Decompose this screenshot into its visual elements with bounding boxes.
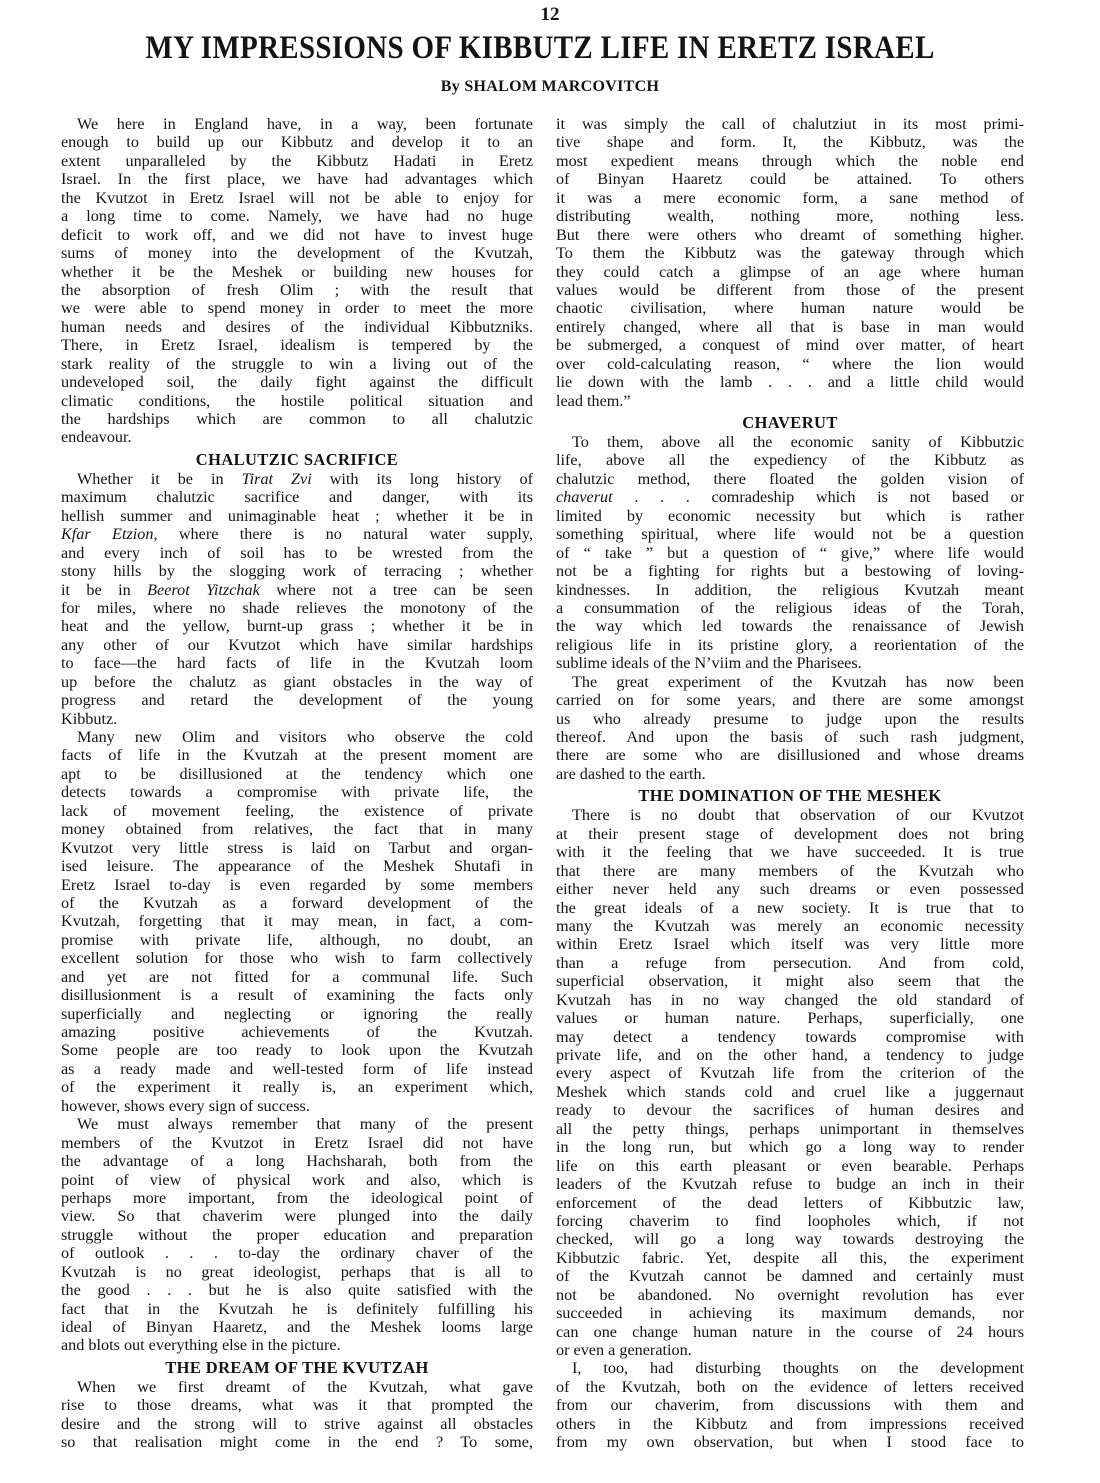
text-line: I, too, had disturbing thoughts on the d… (556, 1359, 1024, 1377)
text-line: over cold-calculating reason, “ where th… (556, 355, 1024, 373)
text-line: up before the chalutz as giant obstacles… (61, 673, 533, 691)
text-line: carried on for some years, and there are… (556, 691, 1024, 709)
section-heading-domination-of-the-meshek: THE DOMINATION OF THE MESHEK (556, 786, 1024, 806)
paragraph: We must always remember that many of the… (61, 1115, 533, 1355)
text-line: and every inch of soil has to be wrested… (61, 544, 533, 562)
text-line: not be abandoned. No overnight revolutio… (556, 1286, 1024, 1304)
text-line: can one change human nature in the cours… (556, 1323, 1024, 1341)
text-line: it was a mere economic form, a sane meth… (556, 189, 1024, 207)
text-line: enough to build up our Kibbutz and devel… (61, 133, 533, 151)
text-line: chaverut . . . comradeship which is not … (556, 488, 1024, 506)
text-fragment: where not a tree can be seen (260, 581, 533, 599)
text-line: that there are many members of the Kvutz… (556, 862, 1024, 880)
paragraph: Whether it be in Tirat Zvi with its long… (61, 470, 533, 728)
text-line: excellent solution for those who wish to… (61, 949, 533, 967)
text-line: of the Kvutzah as a forward development … (61, 894, 533, 912)
text-line: and blots out everything else in the pic… (61, 1336, 533, 1354)
text-line: it was simply the call of chalutziut in … (556, 115, 1024, 133)
text-line: checked, will go a long way towards dest… (556, 1230, 1024, 1248)
text-line: maximum chalutzic sacrifice and danger, … (61, 488, 533, 506)
text-line: there are some who are disillusioned and… (556, 746, 1024, 764)
text-line: within Eretz Israel which itself was ver… (556, 935, 1024, 953)
text-line: chalutzic method, there floated the gold… (556, 470, 1024, 488)
text-line: either never held any such dreams or eve… (556, 880, 1024, 898)
text-line: the absorption of fresh Olim ; with the … (61, 281, 533, 299)
paragraph: To them, above all the economic sanity o… (556, 433, 1024, 673)
text-line: from my own observation, but when I stoo… (556, 1433, 1024, 1451)
text-line: thereof. And upon the basis of such rash… (556, 728, 1024, 746)
text-line: succeeded in achieving its maximum deman… (556, 1304, 1024, 1322)
text-line: hellish summer and unimaginable heat ; w… (61, 507, 533, 525)
text-line: lie down with the lamb . . . and a littl… (556, 373, 1024, 391)
text-line: lead them.” (556, 392, 1024, 410)
text-line: extent unparalleled by the Kibbutz Hadat… (61, 152, 533, 170)
text-line: all the petty things, perhaps unimportan… (556, 1120, 1024, 1138)
text-line: many the Kvutzah was merely an economic … (556, 917, 1024, 935)
text-fragment: it be in (61, 581, 147, 599)
text-line: of “ take ” but a question of “ give,” w… (556, 544, 1024, 562)
text-line: entirely changed, where all that is base… (556, 318, 1024, 336)
text-line: members of the Kvutzot in Eretz Israel d… (61, 1134, 533, 1152)
text-line: Some people are too ready to look upon t… (61, 1041, 533, 1059)
paragraph: When we first dreamt of the Kvutzah, wha… (61, 1378, 533, 1452)
text-line: most expedient means through which the n… (556, 152, 1024, 170)
text-line: the hardships which are common to all ch… (61, 410, 533, 428)
text-line: apt to be disillusioned at the tendency … (61, 765, 533, 783)
text-fragment: . . . comradeship which is not based or (613, 488, 1024, 506)
article-title: MY IMPRESSIONS OF KIBBUTZ LIFE IN ERETZ … (100, 30, 980, 67)
text-line: than a refuge from persecution. And from… (556, 954, 1024, 972)
text-line: private life, and on the other hand, a t… (556, 1046, 1024, 1064)
text-line: facts of life in the Kvutzah at the pres… (61, 746, 533, 764)
text-line: But there were others who dreamt of some… (556, 226, 1024, 244)
text-line: and yet are not fitted for a communal li… (61, 968, 533, 986)
text-line: Kvutzot very little stress is laid on Ta… (61, 839, 533, 857)
text-line: To them, above all the economic sanity o… (556, 433, 1024, 451)
text-line: are dashed to the earth. (556, 765, 1024, 783)
text-line: endeavour. (61, 428, 533, 446)
text-line: superficial observation, it might also s… (556, 972, 1024, 990)
text-line: human needs and desires of the individua… (61, 318, 533, 336)
text-line: of the experiment it really is, an exper… (61, 1078, 533, 1096)
text-line: values would be different from those of … (556, 281, 1024, 299)
text-fragment: Whether it be in (77, 470, 242, 488)
text-line: life on this earth pleasant or even bear… (556, 1157, 1024, 1175)
text-line: disillusionment is a result of examining… (61, 986, 533, 1004)
text-line: sums of money into the development of th… (61, 244, 533, 262)
text-line: We must always remember that many of the… (61, 1115, 533, 1133)
text-line: we were able to spend money in order to … (61, 299, 533, 317)
text-line: Whether it be in Tirat Zvi with its long… (61, 470, 533, 488)
italic-term: Kfar Etzion (61, 525, 153, 543)
text-line: any other of our Kvutzot which have simi… (61, 636, 533, 654)
text-line: whether it be the Meshek or building new… (61, 263, 533, 281)
text-line: There is no doubt that observation of ou… (556, 806, 1024, 824)
text-line: Kibbutzic fabric. Yet, despite all this,… (556, 1249, 1024, 1267)
text-line: of outlook . . . to-day the ordinary cha… (61, 1244, 533, 1262)
text-line: view. So that chaverim were plunged into… (61, 1207, 533, 1225)
intro-paragraph: We here in England have, in a way, been … (61, 115, 533, 447)
text-line: kindnesses. In addition, the religious K… (556, 581, 1024, 599)
text-line: the great ideals of a new society. It is… (556, 899, 1024, 917)
text-line: progress and retard the development of t… (61, 691, 533, 709)
text-line: the way which led towards the renaissanc… (556, 617, 1024, 635)
text-line: limited by economic necessity but which … (556, 507, 1024, 525)
text-line: Kvutzah is no great ideologist, perhaps … (61, 1263, 533, 1281)
text-line: Eretz Israel to-day is even regarded by … (61, 876, 533, 894)
text-line: at their present stage of development do… (556, 825, 1024, 843)
article-byline: By SHALOM MARCOVITCH (0, 78, 1100, 96)
text-line: Israel. In the first place, we have had … (61, 170, 533, 188)
text-fragment: with its long history of (312, 470, 533, 488)
section-heading-chalutzic-sacrifice: CHALUTZIC SACRIFICE (61, 450, 533, 470)
text-line: from our chaverim, from discussions with… (556, 1396, 1024, 1414)
text-line: us who already presume to judge upon the… (556, 710, 1024, 728)
text-line: When we first dreamt of the Kvutzah, wha… (61, 1378, 533, 1396)
text-fragment: , where there is no natural water supply… (153, 525, 533, 543)
text-line: chaotic civilisation, where human nature… (556, 299, 1024, 317)
paragraph: The great experiment of the Kvutzah has … (556, 673, 1024, 784)
text-line: enforcement of the dead letters of Kibbu… (556, 1194, 1024, 1212)
text-line: to face—the hard facts of life in the Kv… (61, 654, 533, 672)
text-line: every aspect of Kvutzah life from the cr… (556, 1064, 1024, 1082)
text-line: of Binyan Haaretz could be attained. To … (556, 170, 1024, 188)
text-line: amazing positive achievements of the Kvu… (61, 1023, 533, 1041)
left-column: We here in England have, in a way, been … (61, 115, 533, 1452)
text-line: climatic conditions, the hostile politic… (61, 392, 533, 410)
text-line: with it the feeling that we have succeed… (556, 843, 1024, 861)
text-line: they could catch a glimpse of an age whe… (556, 263, 1024, 281)
text-line: life, above all the expediency of the Ki… (556, 451, 1024, 469)
text-line: others in the Kibbutz and from impressio… (556, 1415, 1024, 1433)
text-line: The great experiment of the Kvutzah has … (556, 673, 1024, 691)
text-line: point of view of physical work and also,… (61, 1171, 533, 1189)
text-line: stark reality of the struggle to win a l… (61, 355, 533, 373)
section-heading-dream-of-the-kvutzah: THE DREAM OF THE KVUTZAH (61, 1358, 533, 1378)
text-line: leaders of the Kvutzah refuse to budge a… (556, 1175, 1024, 1193)
text-line: ready to devour the sacrifices of human … (556, 1101, 1024, 1119)
text-line: Kvutzah, forgetting that it may mean, in… (61, 912, 533, 930)
text-line: of the Kvutzah, both on the evidence of … (556, 1378, 1024, 1396)
text-line: or even a generation. (556, 1341, 1024, 1359)
text-line: Kfar Etzion, where there is no natural w… (61, 525, 533, 543)
text-line: the good . . . but he is also quite sati… (61, 1281, 533, 1299)
text-line: fact that in the Kvutzah he is definitel… (61, 1300, 533, 1318)
section-heading-chaverut: CHAVERUT (556, 413, 1024, 433)
text-line: deficit to work off, and we did not have… (61, 226, 533, 244)
text-line: We here in England have, in a way, been … (61, 115, 533, 133)
text-line: of the Kvutzah cannot be damned and cert… (556, 1267, 1024, 1285)
text-line: rise to those dreams, what was it that p… (61, 1396, 533, 1414)
text-line: it be in Beerot Yitzchak where not a tre… (61, 581, 533, 599)
text-line: something spiritual, where life would no… (556, 525, 1024, 543)
text-line: the Kvutzot in Eretz Israel will not be … (61, 189, 533, 207)
paragraph: I, too, had disturbing thoughts on the d… (556, 1359, 1024, 1451)
text-line: stony hills by the slogging work of terr… (61, 562, 533, 580)
text-line: distributing wealth, nothing more, nothi… (556, 207, 1024, 225)
text-line: be submerged, a conquest of mind over ma… (556, 336, 1024, 354)
text-line: perhaps more important, from the ideolog… (61, 1189, 533, 1207)
text-line: religious life in its pristine glory, a … (556, 636, 1024, 654)
italic-term: Tirat Zvi (242, 470, 312, 488)
text-line: lack of movement feeling, the existence … (61, 802, 533, 820)
text-line: may detect a tendency towards compromise… (556, 1028, 1024, 1046)
text-line: as a ready made and well-tested form of … (61, 1060, 533, 1078)
continued-paragraph: it was simply the call of chalutziut in … (556, 115, 1024, 410)
text-line: for miles, where no shade relieves the m… (61, 599, 533, 617)
paragraph: Many new Olim and visitors who observe t… (61, 728, 533, 1115)
text-line: values or human nature. Perhaps, superfi… (556, 1009, 1024, 1027)
text-line: forcing chaverim to find loopholes which… (556, 1212, 1024, 1230)
text-line: undeveloped soil, the daily fight agains… (61, 373, 533, 391)
text-line: desire and the strong will to strive aga… (61, 1415, 533, 1433)
italic-term: Beerot Yitzchak (147, 581, 260, 599)
text-line: ideal of Binyan Haaretz, and the Meshek … (61, 1318, 533, 1336)
text-line: tive shape and form. It, the Kibbutz, wa… (556, 133, 1024, 151)
text-line: a consummation of the religious ideas of… (556, 599, 1024, 617)
text-line: promise with private life, although, no … (61, 931, 533, 949)
text-line: however, shows every sign of success. (61, 1097, 533, 1115)
text-line: ised leisure. The appearance of the Mesh… (61, 857, 533, 875)
text-line: struggle without the proper education an… (61, 1226, 533, 1244)
text-line: detects towards a compromise with privat… (61, 783, 533, 801)
text-line: There, in Eretz Israel, idealism is temp… (61, 336, 533, 354)
right-column: it was simply the call of chalutziut in … (556, 115, 1024, 1452)
text-line: in the long run, but which go a long way… (556, 1138, 1024, 1156)
text-line: heat and the yellow, burnt-up grass ; wh… (61, 617, 533, 635)
text-line: sublime ideals of the N’viim and the Pha… (556, 654, 1024, 672)
text-line: Kvutzah has in no way changed the old st… (556, 991, 1024, 1009)
text-line: money obtained from relatives, the fact … (61, 820, 533, 838)
text-line: To them the Kibbutz was the gateway thro… (556, 244, 1024, 262)
italic-term: chaverut (556, 488, 613, 506)
page-number: 12 (0, 4, 1100, 26)
paragraph: There is no doubt that observation of ou… (556, 806, 1024, 1359)
text-line: so that realisation might come in the en… (61, 1433, 533, 1451)
text-line: Many new Olim and visitors who observe t… (61, 728, 533, 746)
text-line: a long time to come. Namely, we have had… (61, 207, 533, 225)
text-line: the advantage of a long Hachsharah, both… (61, 1152, 533, 1170)
text-line: not be a fighting for rights but a besto… (556, 562, 1024, 580)
text-line: Meshek which stands cold and cruel like … (556, 1083, 1024, 1101)
text-line: Kibbutz. (61, 710, 533, 728)
text-line: superficially and neglecting or ignoring… (61, 1005, 533, 1023)
